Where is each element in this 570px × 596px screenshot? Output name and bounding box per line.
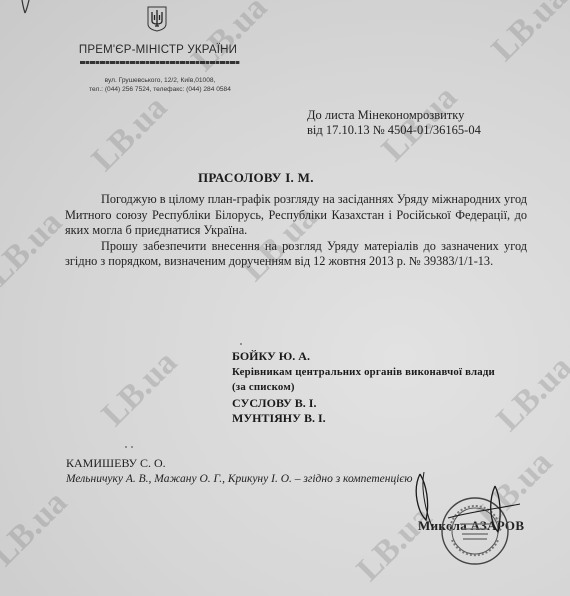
reference-line-2: від 17.10.13 № 4504-01/36165-04 xyxy=(307,123,481,138)
watermark: LB.ua xyxy=(185,0,275,79)
addressee: ПРАСОЛОВУ І. М. xyxy=(198,170,314,186)
recipient: Керівникам центральних органів виконавчо… xyxy=(232,365,495,381)
watermark: LB.ua xyxy=(95,344,185,434)
reference-line-1: До листа Мінекономрозвитку xyxy=(307,108,481,123)
handwritten-signature-icon xyxy=(390,472,570,582)
letterhead-address-phone: тел.: (044) 256 7524, телефакс: (044) 28… xyxy=(60,85,260,94)
letterhead-title: ПРЕМ'ЄР-МІНІСТР УКРАЇНИ xyxy=(70,44,246,56)
watermark: LB.ua xyxy=(485,0,570,69)
watermark: LB.ua xyxy=(0,204,70,294)
letterhead-address: вул. Грушевського, 12/2, Київ,01008, тел… xyxy=(60,76,260,94)
recipient: БОЙКУ Ю. А. xyxy=(232,349,495,365)
copies-list: КАМИШЕВУ С. О. Мельничуку А. В., Мажану … xyxy=(66,455,413,487)
letterhead-ornament-divider xyxy=(80,61,240,64)
body-paragraph-2: Прошу забезпечити внесення на розгляд Ур… xyxy=(65,239,527,270)
copy-recipient: КАМИШЕВУ С. О. xyxy=(66,455,413,471)
watermark: LB.ua xyxy=(0,484,75,574)
recipients-list: БОЙКУ Ю. А. Керівникам центральних орган… xyxy=(232,349,495,427)
document-page: LB.ua LB.ua LB.ua LB.ua LB.ua LB.ua LB.u… xyxy=(0,0,570,596)
body-paragraph-1: Погоджую в цілому план-графік розгляду н… xyxy=(65,192,527,239)
watermark: LB.ua xyxy=(85,89,175,179)
letter-body: Погоджую в цілому план-графік розгляду н… xyxy=(65,192,527,270)
watermark: LB.ua xyxy=(490,349,570,439)
pen-mark-icon xyxy=(18,0,32,14)
recipient: МУНТІЯНУ В. І. xyxy=(232,411,495,427)
letterhead-address-street: вул. Грушевського, 12/2, Київ,01008, xyxy=(60,76,260,85)
trident-coat-of-arms-icon xyxy=(147,6,167,32)
recipient-note: (за списком) xyxy=(232,380,495,396)
letter-reference: До листа Мінекономрозвитку від 17.10.13 … xyxy=(307,108,481,138)
recipient: СУСЛОВУ В. І. xyxy=(232,396,495,412)
copy-recipients-note: Мельничуку А. В., Мажану О. Г., Крикуну … xyxy=(66,471,413,487)
